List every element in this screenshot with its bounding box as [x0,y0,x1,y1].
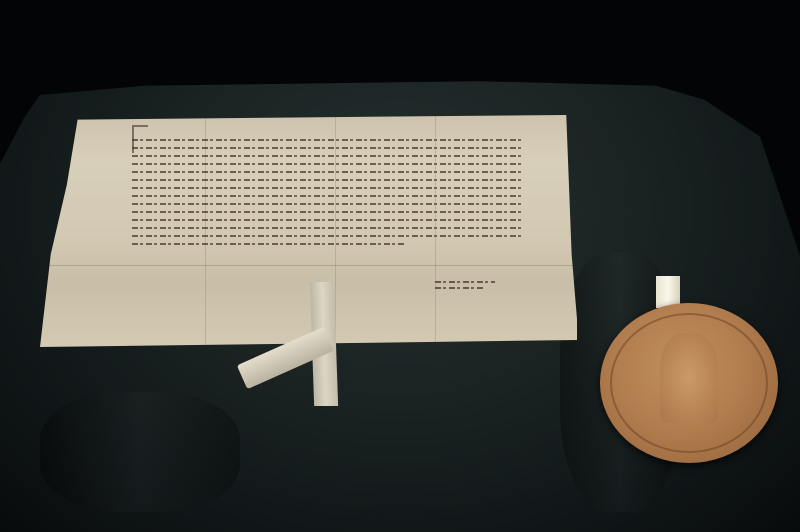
charter-parchment [40,115,577,347]
photo-scene [0,0,800,532]
wax-seal [600,303,778,463]
charter-text [132,133,522,279]
velvet-fold [40,392,240,512]
chancery-note [435,277,495,293]
seal-figure [660,333,718,423]
